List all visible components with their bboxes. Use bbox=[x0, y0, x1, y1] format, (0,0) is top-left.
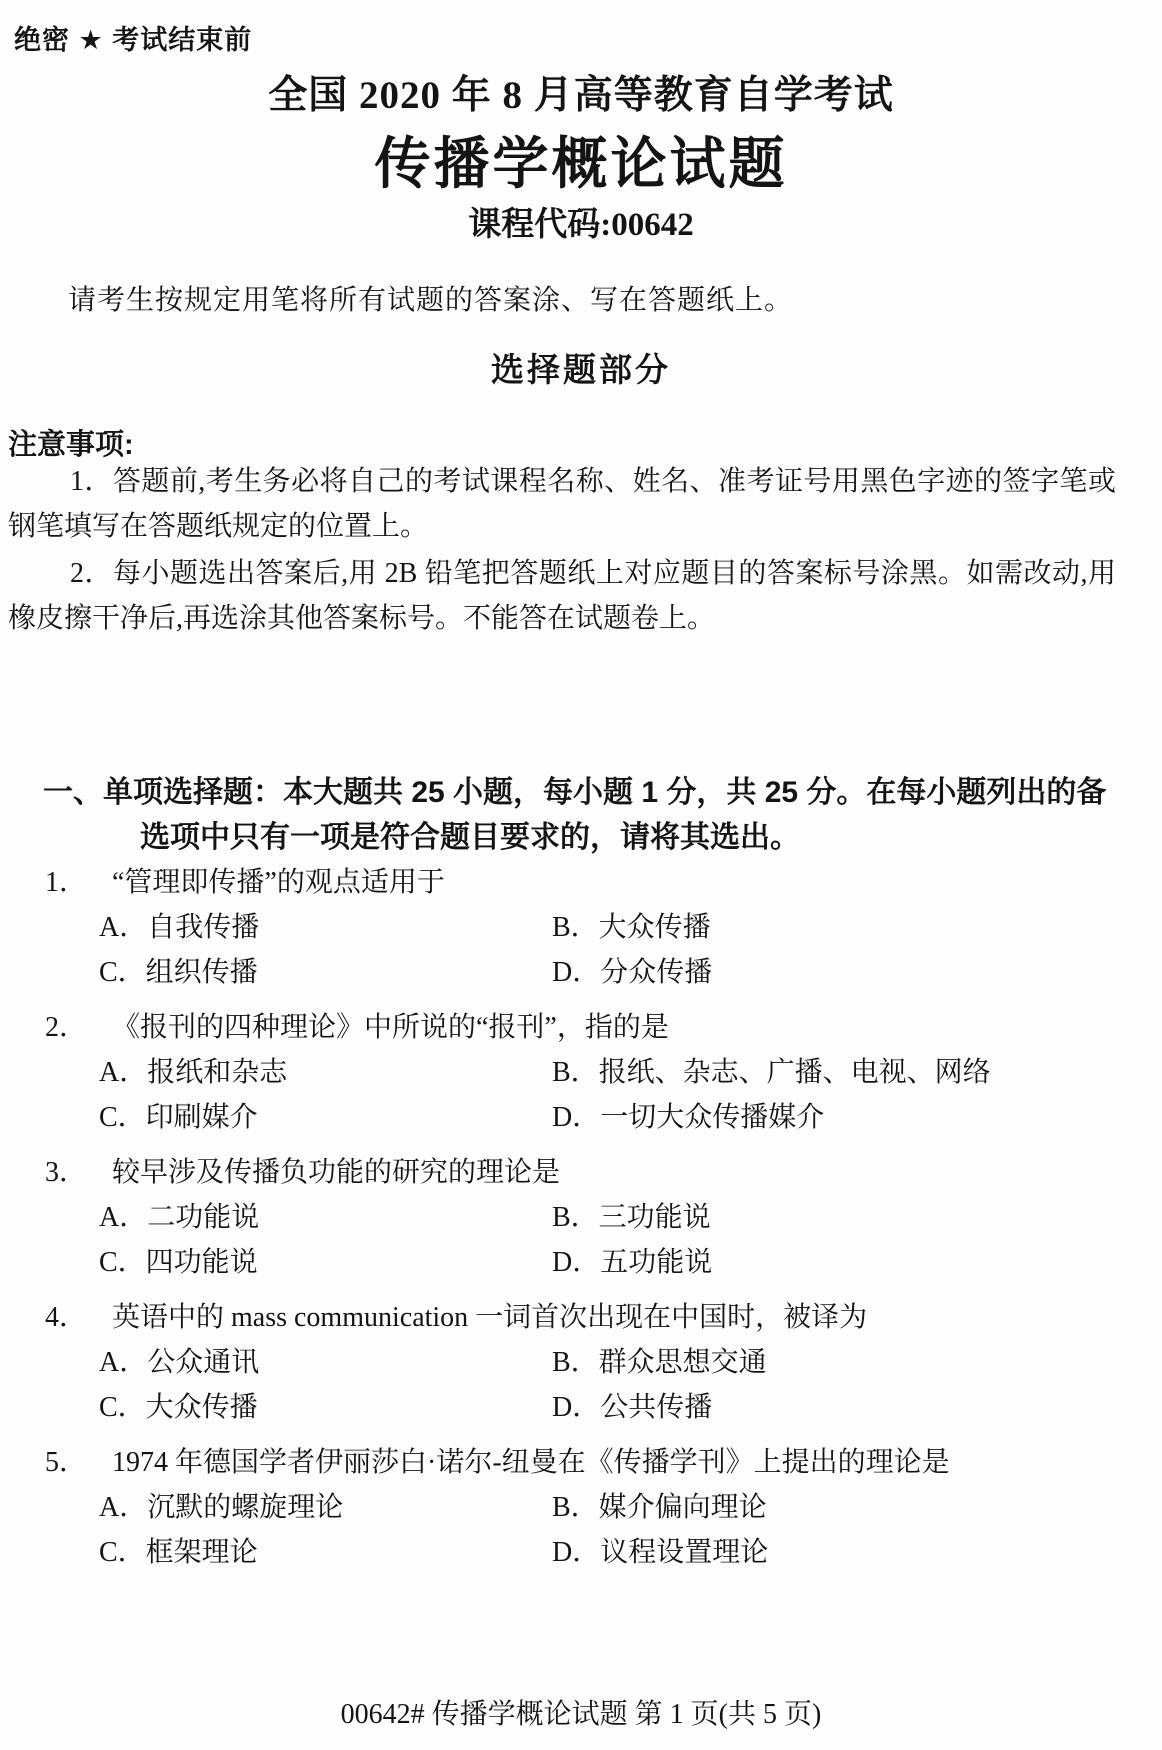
question-2-stem: 2． 《报刊的四种理论》中所说的“报刊”，指的是 bbox=[0, 1005, 1162, 1050]
question-number: 3． bbox=[45, 1150, 112, 1195]
question-5: 5． 1974 年德国学者伊丽莎白·诺尔-纽曼在《传播学刊》上提出的理论是 A．… bbox=[0, 1440, 1162, 1575]
question-1-options-cd: C．组织传播 D．分众传播 bbox=[0, 950, 1162, 995]
question-text: 《报刊的四种理论》中所说的“报刊”，指的是 bbox=[112, 1005, 1162, 1050]
option-d: D．一切大众传播媒介 bbox=[552, 1095, 1162, 1140]
question-number: 1． bbox=[45, 860, 112, 905]
question-text: 1974 年德国学者伊丽莎白·诺尔-纽曼在《传播学刊》上提出的理论是 bbox=[112, 1440, 1162, 1485]
option-b: B．大众传播 bbox=[552, 905, 1162, 950]
part1-number: 一、 bbox=[43, 776, 103, 809]
question-3-options-ab: A．二功能说 B．三功能说 bbox=[0, 1195, 1162, 1240]
option-b: B．三功能说 bbox=[552, 1195, 1162, 1240]
option-c: C．大众传播 bbox=[99, 1385, 552, 1430]
option-b: B．媒介偏向理论 bbox=[552, 1485, 1162, 1530]
option-a: A．二功能说 bbox=[99, 1195, 552, 1240]
option-c: C．框架理论 bbox=[99, 1530, 552, 1575]
question-5-options-cd: C．框架理论 D．议程设置理论 bbox=[0, 1530, 1162, 1575]
option-a: A．自我传播 bbox=[99, 905, 552, 950]
option-c: C．印刷媒介 bbox=[99, 1095, 552, 1140]
section-title: 选择题部分 bbox=[0, 344, 1162, 391]
course-code: 课程代码:00642 bbox=[0, 198, 1162, 245]
exam-paper-page: 绝密 ★ 考试结束前 全国 2020 年 8 月高等教育自学考试 传播学概论试题… bbox=[0, 0, 1162, 1750]
part1-text: 单项选择题：本大题共 25 小题，每小题 1 分，共 25 分。在每小题列出的备… bbox=[103, 776, 1106, 854]
option-b: B．报纸、杂志、广播、电视、网络 bbox=[552, 1050, 1162, 1095]
question-2: 2． 《报刊的四种理论》中所说的“报刊”，指的是 A．报纸和杂志 B．报纸、杂志… bbox=[0, 1005, 1162, 1140]
option-a: A．公众通讯 bbox=[99, 1340, 552, 1385]
option-c: C．四功能说 bbox=[99, 1240, 552, 1285]
notes-title: 注意事项: bbox=[8, 422, 134, 463]
exam-title-line2: 传播学概论试题 bbox=[0, 120, 1162, 200]
option-d: D．分众传播 bbox=[552, 950, 1162, 995]
question-2-options-ab: A．报纸和杂志 B．报纸、杂志、广播、电视、网络 bbox=[0, 1050, 1162, 1095]
question-2-options-cd: C．印刷媒介 D．一切大众传播媒介 bbox=[0, 1095, 1162, 1140]
question-5-stem: 5． 1974 年德国学者伊丽莎白·诺尔-纽曼在《传播学刊》上提出的理论是 bbox=[0, 1440, 1162, 1485]
option-c: C．组织传播 bbox=[99, 950, 552, 995]
option-b: B．群众思想交通 bbox=[552, 1340, 1162, 1385]
option-d: D．五功能说 bbox=[552, 1240, 1162, 1285]
question-4-options-cd: C．大众传播 D．公共传播 bbox=[0, 1385, 1162, 1430]
question-list: 1． “管理即传播”的观点适用于 A．自我传播 B．大众传播 C．组织传播 D．… bbox=[0, 860, 1162, 1575]
page-footer: 00642# 传播学概论试题 第 1 页(共 5 页) bbox=[0, 1692, 1162, 1732]
exam-title-line1: 全国 2020 年 8 月高等教育自学考试 bbox=[0, 64, 1162, 120]
question-4-stem: 4． 英语中的 mass communication 一词首次出现在中国时，被译… bbox=[0, 1295, 1162, 1340]
option-d: D．公共传播 bbox=[552, 1385, 1162, 1430]
question-1-stem: 1． “管理即传播”的观点适用于 bbox=[0, 860, 1162, 905]
question-3-options-cd: C．四功能说 D．五功能说 bbox=[0, 1240, 1162, 1285]
question-3: 3． 较早涉及传播负功能的研究的理论是 A．二功能说 B．三功能说 C．四功能说… bbox=[0, 1150, 1162, 1285]
question-number: 4． bbox=[45, 1295, 112, 1340]
question-1-options-ab: A．自我传播 B．大众传播 bbox=[0, 905, 1162, 950]
question-3-stem: 3． 较早涉及传播负功能的研究的理论是 bbox=[0, 1150, 1162, 1195]
question-4-options-ab: A．公众通讯 B．群众思想交通 bbox=[0, 1340, 1162, 1385]
question-text: 英语中的 mass communication 一词首次出现在中国时，被译为 bbox=[112, 1295, 1162, 1340]
question-1: 1． “管理即传播”的观点适用于 A．自我传播 B．大众传播 C．组织传播 D．… bbox=[0, 860, 1162, 995]
note-item-1: 1．答题前,考生务必将自己的考试课程名称、姓名、准考证号用黑色字迹的签字笔或钢笔… bbox=[8, 459, 1116, 549]
note-item-2: 2．每小题选出答案后,用 2B 铅笔把答题纸上对应题目的答案标号涂黑。如需改动,… bbox=[8, 551, 1116, 641]
answer-sheet-instruction: 请考生按规定用笔将所有试题的答案涂、写在答题纸上。 bbox=[68, 278, 793, 318]
option-a: A．报纸和杂志 bbox=[99, 1050, 552, 1095]
option-d: D．议程设置理论 bbox=[552, 1530, 1162, 1575]
option-a: A．沉默的螺旋理论 bbox=[99, 1485, 552, 1530]
question-5-options-ab: A．沉默的螺旋理论 B．媒介偏向理论 bbox=[0, 1485, 1162, 1530]
question-text: 较早涉及传播负功能的研究的理论是 bbox=[112, 1150, 1162, 1195]
part1-heading: 一、单项选择题：本大题共 25 小题，每小题 1 分，共 25 分。在每小题列出… bbox=[43, 770, 1125, 860]
question-4: 4． 英语中的 mass communication 一词首次出现在中国时，被译… bbox=[0, 1295, 1162, 1430]
secrecy-banner: 绝密 ★ 考试结束前 bbox=[14, 18, 252, 57]
question-number: 2． bbox=[45, 1005, 112, 1050]
question-text: “管理即传播”的观点适用于 bbox=[112, 860, 1162, 905]
question-number: 5． bbox=[45, 1440, 112, 1485]
